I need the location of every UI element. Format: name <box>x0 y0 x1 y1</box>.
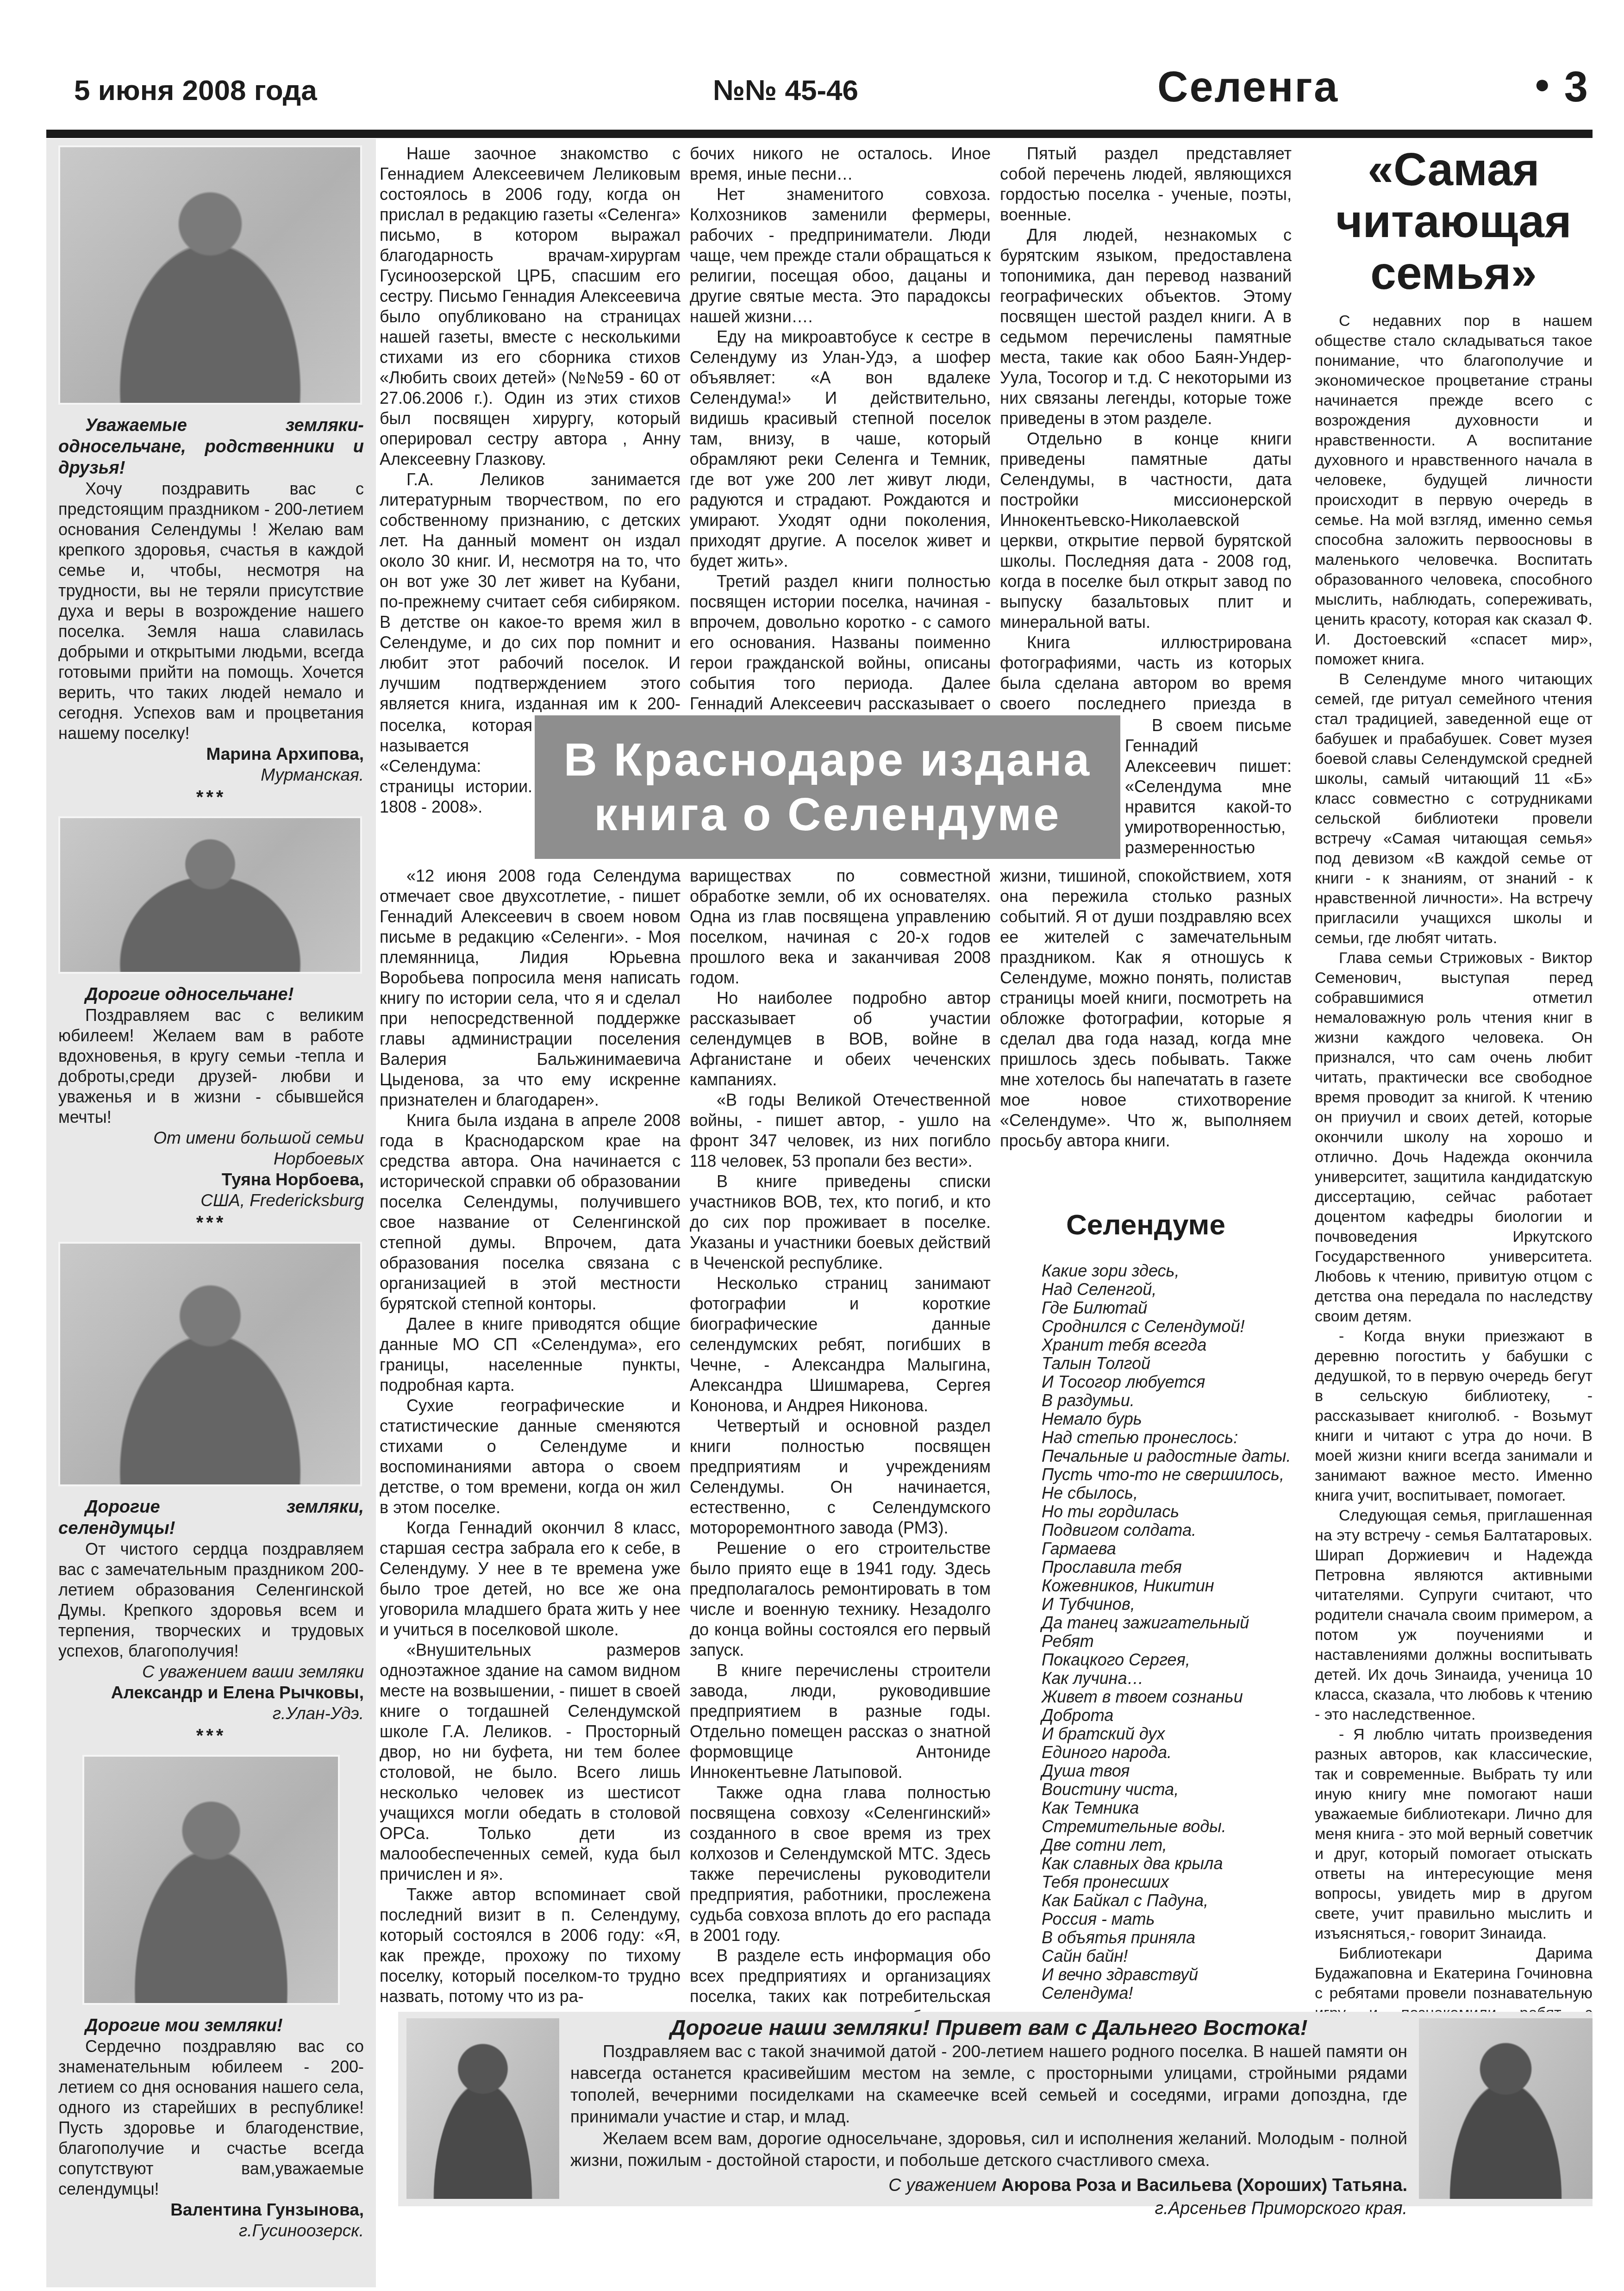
paragraph: Далее в книге приводятся общие данные МО… <box>380 1314 681 1396</box>
paragraph: И вечно здравствуй <box>1042 1966 1292 1984</box>
paragraph: Прославила тебя <box>1042 1558 1292 1577</box>
paragraph: Покацкого Сергея, <box>1042 1651 1292 1669</box>
signature-name: Туяна Норбоева, <box>58 1169 364 1190</box>
signature-prefix: С уважением <box>888 2176 1001 2195</box>
paragraph: Хранит тебя всегда <box>1042 1336 1292 1354</box>
photo-valentina-gunzynova <box>82 1755 340 2005</box>
signature-place: г.Улан-Удэ. <box>58 1703 364 1724</box>
paragraph: Не сбылось, <box>1042 1484 1292 1502</box>
paragraph: Для людей, незнакомых с бурятским языком… <box>1000 225 1292 429</box>
paragraph: Стремительные воды. <box>1042 1817 1292 1836</box>
greetings-column: Уважаемые земляки-односельчане, родствен… <box>46 139 376 2287</box>
greeting-body: Хочу поздравить вас с предстоящим праздн… <box>58 479 364 744</box>
article-text-block: «12 июня 2008 года Селендума отмечает св… <box>380 866 681 2007</box>
paragraph: Отдельно в конце книги приведены памятны… <box>1000 429 1292 632</box>
paragraph: Также автор вспоминает свой последний ви… <box>380 1884 681 2007</box>
far-east-greeting-text: Дорогие наши земляки! Привет вам с Дальн… <box>570 2015 1407 2220</box>
signature-line: С уважением Аюрова Роза и Васильева (Хор… <box>570 2174 1407 2197</box>
greeting-body: От чистого сердца поздравляем вас с заме… <box>58 1539 364 1661</box>
page-number: ●3 <box>1534 63 1588 112</box>
paragraph: В книге приведены списки участников ВОВ,… <box>690 1171 991 1273</box>
paragraph: Несколько страниц занимают фотографии и … <box>690 1273 991 1416</box>
paragraph: Подвигом солдата. <box>1042 1521 1292 1540</box>
paragraph: Наше заочное знакомство с Геннадием Алек… <box>380 144 681 469</box>
right-article-body: С недавних пор в нашем обществе стало ск… <box>1315 311 1593 2043</box>
paragraph: Как Байкал с Падуна, <box>1042 1891 1292 1910</box>
signature-place: США, Fredericksburg <box>58 1190 364 1211</box>
photo-rychkov-couple <box>58 1242 362 1486</box>
paragraph: Как славных два крыла <box>1042 1854 1292 1873</box>
paragraph: вариществах по совместной обработке земл… <box>690 866 991 988</box>
right-article-title: «Самая читающая семья» <box>1315 144 1593 299</box>
paragraph: Также одна глава полностью посвящена сов… <box>690 1783 991 1946</box>
paragraph: В книге перечислены строители завода, лю… <box>690 1660 991 1783</box>
far-east-greeting-section: Дорогие наши земляки! Привет вам с Дальн… <box>398 2012 1593 2206</box>
article-text-block: жизни, тишиной, спокойствием, хотя она п… <box>1000 866 1292 1151</box>
paragraph: Немало бурь <box>1042 1410 1292 1428</box>
paragraph: И Тубчинов, <box>1042 1595 1292 1614</box>
article-column-2: Наше заочное знакомство с Геннадием Алек… <box>380 144 681 2009</box>
greeting-arkhipova: Уважаемые земляки-односельчане, родствен… <box>58 415 364 808</box>
paragraph: Да танец зажигательный <box>1042 1614 1292 1632</box>
greeting-gunzynova: Дорогие мои земляки! Сердечно поздравляю… <box>58 2015 364 2241</box>
paragraph: Сайн байн! <box>1042 1947 1292 1966</box>
paragraph: Какие зори здесь, <box>1042 1262 1292 1280</box>
paragraph: В Селендуме много читающих семей, где ри… <box>1315 670 1593 948</box>
paragraph: Кожевников, Никитин <box>1042 1577 1292 1595</box>
photo-norboeva-family <box>58 816 362 974</box>
article-text-block: Пятый раздел представляет собой перечень… <box>1000 144 1292 712</box>
paragraph: Доброта <box>1042 1706 1292 1725</box>
separator-stars: *** <box>58 1726 364 1746</box>
greeting-signature: Марина Архипова, Мурманская. <box>58 744 364 785</box>
paragraph: Две сотни лет, <box>1042 1836 1292 1854</box>
paragraph: Ребят <box>1042 1632 1292 1651</box>
issue-number: №№ 45-46 <box>713 74 858 107</box>
paragraph: Книга иллюстрирована фотографиями, часть… <box>1000 632 1292 712</box>
signature-name: Марина Архипова, <box>58 744 364 764</box>
page-header: 5 июня 2008 года №№ 45-46 Селенга ●3 <box>46 55 1593 129</box>
paragraph: Живет в твоем сознаньи <box>1042 1688 1292 1706</box>
greeting-body: Сердечно поздравляю вас со знаменательны… <box>58 2036 364 2199</box>
paragraph: Над степью пронеслось: <box>1042 1428 1292 1447</box>
paragraph: бочих никого не осталось. Иное время, ин… <box>690 144 991 184</box>
right-article-column: «Самая читающая семья» С недавних пор в … <box>1315 144 1593 2009</box>
paragraph: Следующая семья, приглашенная на эту вст… <box>1315 1506 1593 1725</box>
greeting-salutation: Дорогие земляки, селендумцы! <box>58 1496 364 1539</box>
paragraph: Сухие географические и статистические да… <box>380 1396 681 1518</box>
greeting-salutation: Дорогие односельчане! <box>58 984 364 1005</box>
paragraph: Поздравляем вас с такой значимой датой -… <box>570 2041 1407 2128</box>
paragraph: Пусть что-то не свершилось, <box>1042 1465 1292 1484</box>
greeting-signature: С уважением ваши земляки Александр и Еле… <box>58 1661 364 1724</box>
paragraph: Глава семьи Стрижовых - Виктор Семенович… <box>1315 948 1593 1327</box>
paragraph: Книга была издана в апреле 2008 года в К… <box>380 1110 681 1314</box>
paragraph: жизни, тишиной, спокойствием, хотя она п… <box>1000 866 1292 1151</box>
newspaper-title: Селенга <box>1157 63 1339 112</box>
paragraph: Нет знаменитого совхоза. Колхозников зам… <box>690 184 991 327</box>
far-east-greeting-heading: Дорогие наши земляки! Привет вам с Дальн… <box>570 2015 1407 2041</box>
greeting-signature: От имени большой семьи Норбоевых Туяна Н… <box>58 1127 364 1211</box>
article-text-beside-headline: В своем письме Геннадий Алексеевич пишет… <box>1125 715 1292 859</box>
paragraph: Над Селенгой, <box>1042 1280 1292 1299</box>
paragraph: Когда Геннадий окончил 8 класс, старшая … <box>380 1518 681 1640</box>
issue-date: 5 июня 2008 года <box>74 74 317 107</box>
paragraph: В раздумьи. <box>1042 1391 1292 1410</box>
paragraph: Но наиболее подробно автор рассказывает … <box>690 988 991 1090</box>
greeting-body: Поздравляем вас с великим юбилеем! Желае… <box>58 1005 364 1127</box>
signature-name: Валентина Гунзынова, <box>58 2199 364 2220</box>
paragraph: И Тосогор любуется <box>1042 1373 1292 1391</box>
article-column-3: бочих никого не осталось. Иное время, ин… <box>690 144 991 2009</box>
photo-vasileva-tatiana <box>1419 2018 1593 2199</box>
paragraph: И братский дух <box>1042 1725 1292 1743</box>
signature-line: С уважением ваши земляки <box>58 1661 364 1682</box>
greeting-salutation: Дорогие мои земляки! <box>58 2015 364 2036</box>
paragraph: Но ты гордилась <box>1042 1502 1292 1521</box>
greeting-signature: Валентина Гунзынова, г.Гусиноозерск. <box>58 2199 364 2241</box>
paragraph: Сроднился с Селендумой! <box>1042 1317 1292 1336</box>
signature-names: Аюрова Роза и Васильева (Хороших) Татьян… <box>1001 2176 1407 2195</box>
bullet-icon: ● <box>1534 69 1550 99</box>
paragraph: В объятья приняла <box>1042 1928 1292 1947</box>
greeting-rychkovy: Дорогие земляки, селендумцы! От чистого … <box>58 1496 364 1746</box>
paragraph: Пятый раздел представляет собой перечень… <box>1000 144 1292 225</box>
paragraph: Селендума! <box>1042 1984 1292 2003</box>
paragraph: Где Билютай <box>1042 1299 1292 1317</box>
separator-stars: *** <box>58 787 364 808</box>
poem-text: Какие зори здесь,Над Селенгой,Где Билюта… <box>1042 1262 1292 2003</box>
paragraph: «Внушительных размеров одноэтажное здани… <box>380 1640 681 1884</box>
main-article-headline: В Краснодаре издана книга о Селендуме <box>535 715 1120 859</box>
greeting-salutation: Уважаемые земляки-односельчане, родствен… <box>58 415 364 479</box>
paragraph: Еду на микроавтобусе к сестре в Селендум… <box>690 327 991 571</box>
greeting-norboeva: Дорогие односельчане! Поздравляем вас с … <box>58 984 364 1233</box>
signature-place: г.Арсеньев Приморского края. <box>570 2197 1407 2220</box>
article-text-block: Наше заочное знакомство с Геннадием Алек… <box>380 144 681 712</box>
header-rule <box>46 130 1593 138</box>
paragraph: Талын Толгой <box>1042 1354 1292 1373</box>
paragraph: «12 июня 2008 года Селендума отмечает св… <box>380 866 681 1110</box>
paragraph: В своем письме Геннадий Алексеевич пишет… <box>1125 715 1292 858</box>
paragraph: Россия - мать <box>1042 1910 1292 1928</box>
poem-title: Селендуме <box>1000 1208 1292 1241</box>
signature-place: Мурманская. <box>58 764 364 785</box>
paragraph: Желаем всем вам, дорогие односельчане, з… <box>570 2128 1407 2171</box>
paragraph: Четвертый и основной раздел книги полнос… <box>690 1416 991 1538</box>
paragraph: - Когда внуки приезжают в деревню погост… <box>1315 1327 1593 1506</box>
paragraph: Как Темника <box>1042 1799 1292 1817</box>
newspaper-page: 5 июня 2008 года №№ 45-46 Селенга ●3 Ува… <box>0 0 1624 2291</box>
paragraph: Воистину чиста, <box>1042 1780 1292 1799</box>
paragraph: Душа твоя <box>1042 1762 1292 1780</box>
signature-place: г.Гусиноозерск. <box>58 2220 364 2241</box>
paragraph: - Я люблю читать произведения разных авт… <box>1315 1725 1593 1944</box>
paragraph: Г.А. Леликов занимается литературным тво… <box>380 469 681 712</box>
article-column-4: Пятый раздел представляет собой перечень… <box>1000 144 1292 2009</box>
photo-marina-arkhipova <box>58 145 362 405</box>
headline-line-2: книга о Селендуме <box>535 790 1120 839</box>
paragraph: Как лучина… <box>1042 1669 1292 1688</box>
paragraph: Решение о его строительстве было приято … <box>690 1538 991 1660</box>
paragraph: поселка, которая называется «Селендума: … <box>380 715 532 817</box>
signature-line: От имени большой семьи Норбоевых <box>58 1127 364 1169</box>
headline-line-1: В Краснодаре издана <box>535 736 1120 784</box>
paragraph: Тебя пронесших <box>1042 1873 1292 1891</box>
far-east-greeting-signature: С уважением Аюрова Роза и Васильева (Хор… <box>570 2174 1407 2220</box>
paragraph: «В годы Великой Отечественной войны, - п… <box>690 1090 991 1171</box>
photo-ayurova-roza <box>406 2018 559 2199</box>
separator-stars: *** <box>58 1213 364 1233</box>
page-number-value: 3 <box>1564 63 1588 111</box>
article-text-beside-headline: поселка, которая называется «Селендума: … <box>380 715 532 855</box>
paragraph: Гармаева <box>1042 1540 1292 1558</box>
paragraph: Печальные и радостные даты. <box>1042 1447 1292 1465</box>
article-text-block: бочих никого не осталось. Иное время, ин… <box>690 144 991 712</box>
paragraph: Единого народа. <box>1042 1743 1292 1762</box>
signature-name: Александр и Елена Рычковы, <box>58 1682 364 1703</box>
paragraph: С недавних пор в нашем обществе стало ск… <box>1315 311 1593 670</box>
paragraph: Третий раздел книги полностью посвящен и… <box>690 571 991 712</box>
article-text-block: вариществах по совместной обработке земл… <box>690 866 991 2047</box>
far-east-greeting-body: Поздравляем вас с такой значимой датой -… <box>570 2041 1407 2171</box>
